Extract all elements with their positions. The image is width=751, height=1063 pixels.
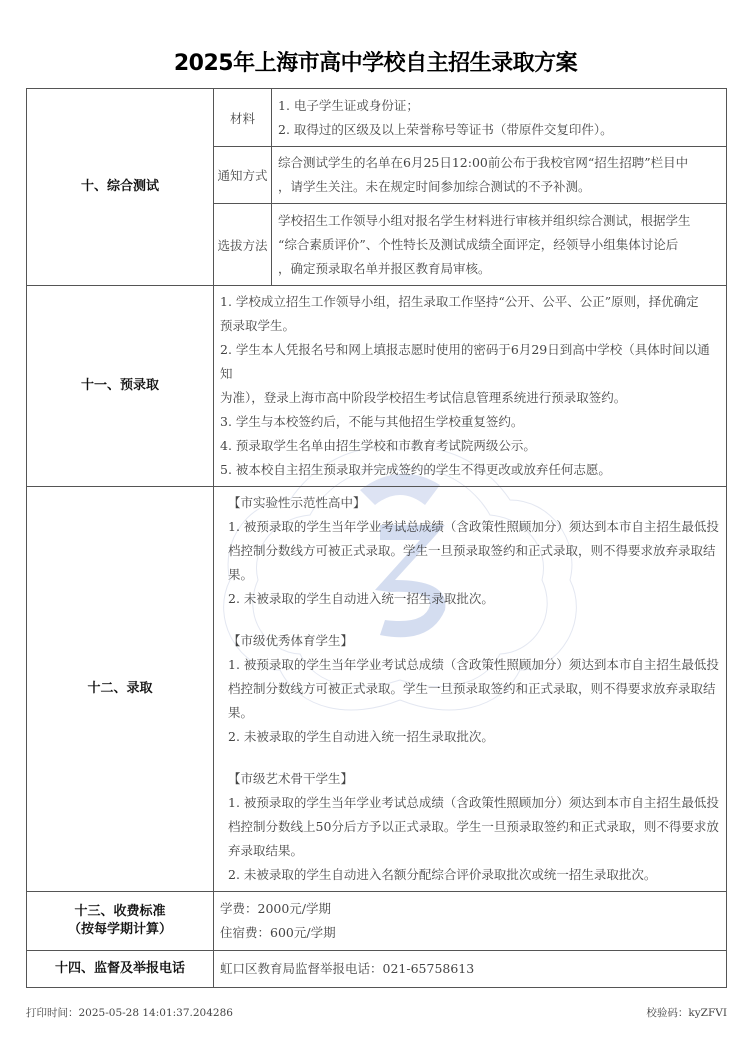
materials-content: 1. 电子学生证或身份证； 2. 取得过的区级及以上荣誉称号等证书（带原件交复印… — [272, 89, 727, 147]
notification-content: 综合测试学生的名单在6月25日12:00前公布于我校官网“招生招聘”栏目中 ，请… — [272, 147, 727, 204]
text-line: 果。 — [228, 563, 720, 587]
section-13-label-line1: 十三、收费标准 — [27, 903, 213, 921]
text-line: 为准），登录上海市高中阶段学校招生考试信息管理系统进行预录取签约。 — [220, 386, 720, 410]
text-line: 果。 — [228, 701, 720, 725]
section-13-label-line2: （按每学期计算） — [27, 921, 213, 939]
text-line: 5. 被本校自主招生预录取并完成签约的学生不得更改或放弃任何志愿。 — [220, 458, 720, 482]
text-line: 1. 被预录取的学生当年学业考试总成绩（含政策性照顾加分）须达到本市自主招生最低… — [228, 515, 720, 539]
text-line: 预录取学生。 — [220, 314, 720, 338]
section-12-label: 十二、录取 — [27, 487, 214, 892]
section-13-label: 十三、收费标准 （按每学期计算） — [27, 892, 214, 951]
text-line: 档控制分数线方可被正式录取。学生一旦预录取签约和正式录取，则不得要求放弃录取结 — [228, 677, 720, 701]
selection-method-label: 选拔方法 — [214, 204, 272, 286]
section-11-label: 十一、预录取 — [27, 286, 214, 487]
admission-content: 【市实验性示范性高中】 1. 被预录取的学生当年学业考试总成绩（含政策性照顾加分… — [214, 487, 727, 892]
text-line: 4. 预录取学生名单由招生学校和市教育考试院两级公示。 — [220, 434, 720, 458]
selection-method-content: 学校招生工作领导小组对报名学生材料进行审核并组织综合测试，根据学生 “综合素质评… — [272, 204, 727, 286]
text-line: 2. 取得过的区级及以上荣誉称号等证书（带原件交复印件）。 — [278, 118, 720, 142]
pre-admission-content: 1. 学校成立招生工作领导小组，招生录取工作坚持“公开、公平、公正”原则，择优确… — [214, 286, 727, 487]
text-line: 档控制分数线方可被正式录取。学生一旦预录取签约和正式录取，则不得要求放弃录取结 — [228, 539, 720, 563]
text-line: 1. 被预录取的学生当年学业考试总成绩（含政策性照顾加分）须达到本市自主招生最低… — [228, 791, 720, 815]
section-11-row: 十一、预录取 1. 学校成立招生工作领导小组，招生录取工作坚持“公开、公平、公正… — [27, 286, 727, 487]
section-10-label: 十、综合测试 — [27, 89, 214, 286]
materials-label: 材料 — [214, 89, 272, 147]
text-line: 学校招生工作领导小组对报名学生材料进行审核并组织综合测试，根据学生 — [278, 209, 720, 233]
text-line: 3. 学生与本校签约后，不能与其他招生学校重复签约。 — [220, 410, 720, 434]
admission-plan-table: 十、综合测试 材料 1. 电子学生证或身份证； 2. 取得过的区级及以上荣誉称号… — [26, 88, 727, 988]
group-heading: 【市级优秀体育学生】 — [228, 629, 720, 653]
text-line: 2. 未被录取的学生自动进入名额分配综合评价录取批次或统一招生录取批次。 — [228, 863, 720, 887]
text-line: ，请学生关注。未在规定时间参加综合测试的不予补测。 — [278, 175, 720, 199]
text-line: 1. 被预录取的学生当年学业考试总成绩（含政策性照顾加分）须达到本市自主招生最低… — [228, 653, 720, 677]
text-line: 2. 学生本人凭报名号和网上填报志愿时使用的密码于6月29日到高中学校（具体时间… — [220, 338, 720, 386]
boarding-fee: 住宿费：600元/学期 — [220, 921, 720, 945]
spacer — [228, 749, 720, 767]
section-12-row: 十二、录取 【市实验性示范性高中】 1. 被预录取的学生当年学业考试总成绩（含政… — [27, 487, 727, 892]
group-heading: 【市级艺术骨干学生】 — [228, 767, 720, 791]
section-13-row: 十三、收费标准 （按每学期计算） 学费：2000元/学期 住宿费：600元/学期 — [27, 892, 727, 951]
text-line: 1. 学校成立招生工作领导小组，招生录取工作坚持“公开、公平、公正”原则，择优确… — [220, 290, 720, 314]
print-time: 打印时间：2025-05-28 14:01:37.204286 — [26, 1005, 233, 1020]
group-heading: 【市实验性示范性高中】 — [228, 491, 720, 515]
page-title: 2025年上海市高中学校自主招生录取方案 — [0, 46, 751, 77]
verify-code: 校验码：kyZFVI — [646, 1005, 727, 1020]
text-line: ，确定预录取名单并报区教育局审核。 — [278, 257, 720, 281]
text-line: “综合素质评价”、个性特长及测试成绩全面评定，经领导小组集体讨论后 — [278, 233, 720, 257]
section-10-row-materials: 十、综合测试 材料 1. 电子学生证或身份证； 2. 取得过的区级及以上荣誉称号… — [27, 89, 727, 147]
report-phone: 虹口区教育局监督举报电话：021-65758613 — [214, 951, 727, 988]
section-14-label: 十四、监督及举报电话 — [27, 951, 214, 988]
spacer — [228, 611, 720, 629]
text-line: 1. 电子学生证或身份证； — [278, 94, 720, 118]
text-line: 综合测试学生的名单在6月25日12:00前公布于我校官网“招生招聘”栏目中 — [278, 151, 720, 175]
text-line: 2. 未被录取的学生自动进入统一招生录取批次。 — [228, 587, 720, 611]
text-line: 弃录取结果。 — [228, 839, 720, 863]
tuition-fee: 学费：2000元/学期 — [220, 897, 720, 921]
text-line: 2. 未被录取的学生自动进入统一招生录取批次。 — [228, 725, 720, 749]
section-14-row: 十四、监督及举报电话 虹口区教育局监督举报电话：021-65758613 — [27, 951, 727, 988]
notification-label: 通知方式 — [214, 147, 272, 204]
fees-content: 学费：2000元/学期 住宿费：600元/学期 — [214, 892, 727, 951]
text-line: 档控制分数线上50分后方予以正式录取。学生一旦预录取签约和正式录取，则不得要求放 — [228, 815, 720, 839]
